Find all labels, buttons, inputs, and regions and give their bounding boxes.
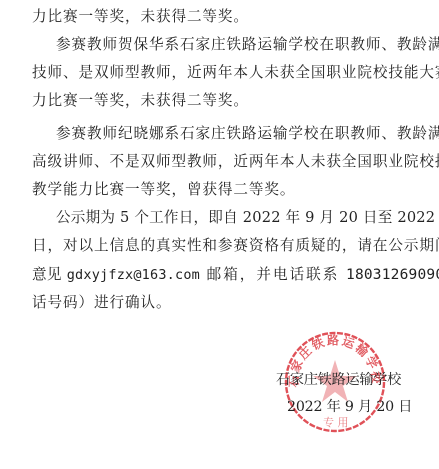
signature-organization: 石家庄铁路运输学校 <box>276 369 401 389</box>
paragraph-line: 力比赛一等奖，未获得二等奖。 <box>32 92 396 110</box>
svg-text:专 用: 专 用 <box>323 415 349 429</box>
paragraph-line: 公示期为 5 个工作日，即自 2022 年 9 月 20 日至 2022 年 9… <box>56 209 396 227</box>
signature-date: 2022 年 9 月 20 日 <box>287 396 412 416</box>
contact-line: 意见 gdxyjfzx@163.com 邮箱，并电话联系 18031269090… <box>32 266 396 284</box>
paragraph-line: 教学能力比赛一等奖，曾获得二等奖。 <box>32 181 396 199</box>
paragraph-line: 技师、是双师型教师，近两年本人未获全国职业院校技能大赛教学能 <box>32 64 396 82</box>
contact-prefix: 意见 <box>32 266 67 283</box>
paragraph-line: 日，对以上信息的真实性和参赛资格有质疑的，请在公示期间将反馈 <box>32 237 396 255</box>
paragraph-line: 参赛教师贺保华系石家庄铁路运输学校在职教师、教龄满 3 年、 <box>56 36 396 54</box>
paragraph-line: 参赛教师纪晓娜系石家庄铁路运输学校在职教师、教龄满 3 年、 <box>56 125 396 143</box>
paragraph-line: 话号码）进行确认。 <box>32 294 396 312</box>
document-page: 力比赛一等奖，未获得二等奖。 参赛教师贺保华系石家庄铁路运输学校在职教师、教龄满… <box>0 0 439 469</box>
paragraph-line: 力比赛一等奖，未获得二等奖。 <box>32 8 396 26</box>
email-address: gdxyjfzx@163.com <box>67 267 200 283</box>
paragraph-line: 高级讲师、不是双师型教师，近两年本人未获全国职业院校技能大赛 <box>32 153 396 171</box>
phone-number: 18031269090 <box>346 267 439 283</box>
contact-middle: 邮箱，并电话联系 <box>200 266 346 283</box>
